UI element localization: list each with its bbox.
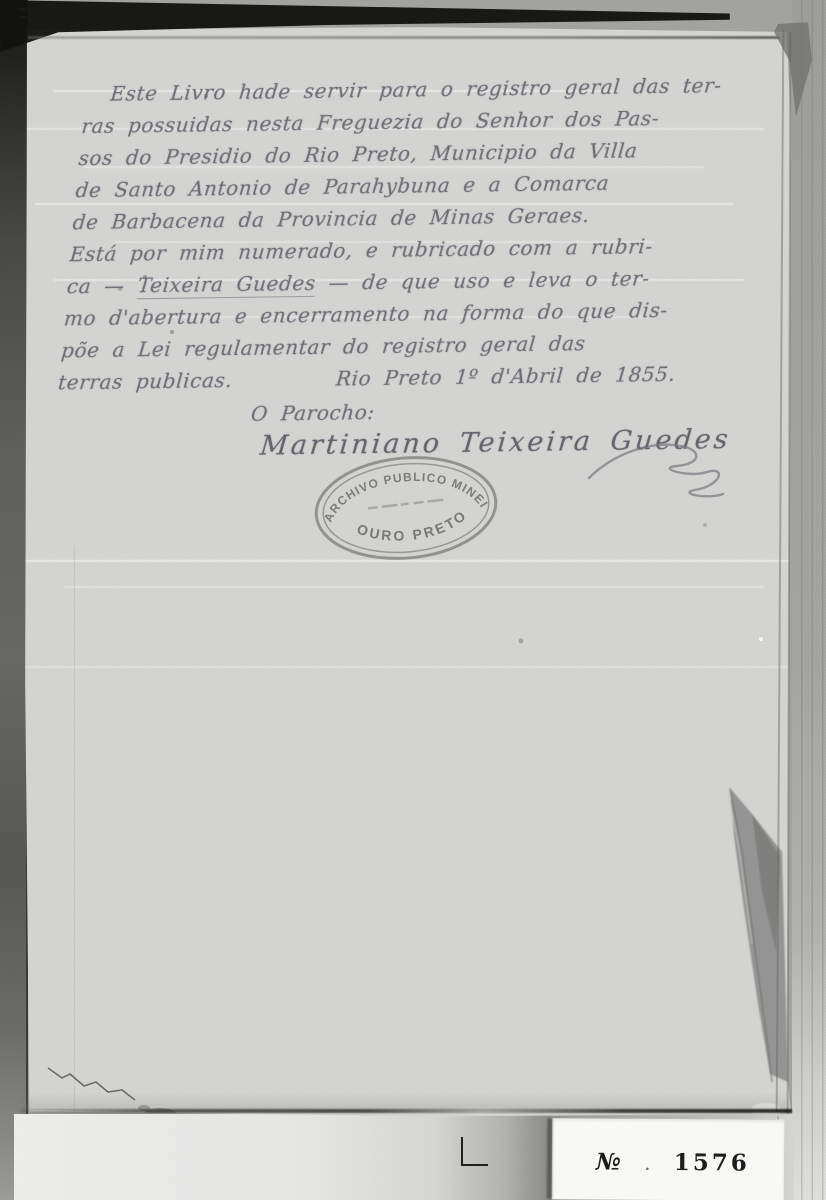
archive-stamp: ARCHIVO PUBLICO MINEIRO OURO PRETO — [306, 448, 506, 568]
manuscript-page: Este Livro hade servir para o registro g… — [24, 26, 792, 1118]
catalog-number-label: № . 1576 — [552, 1118, 785, 1200]
scan-streak — [24, 666, 792, 668]
page-top-edge — [28, 36, 780, 39]
catalog-number: 1576 — [674, 1149, 750, 1177]
page-bottom-shadow — [22, 1092, 792, 1110]
manuscript-line-part: — de que uso e leva o ter- — [315, 266, 651, 295]
faint-margin-line — [74, 546, 75, 1112]
page-tear — [700, 752, 800, 1122]
numero-sign: № — [596, 1148, 621, 1175]
handwriting-block: Este Livro hade servir para o registro g… — [51, 68, 776, 466]
crop-corner-mark — [461, 1137, 488, 1166]
catalog-number-row: № . 1576 — [552, 1118, 784, 1177]
manuscript-line-part: ca — — [66, 273, 139, 298]
scan-streak — [64, 586, 764, 588]
scanned-document: Este Livro hade servir para o registro g… — [0, 0, 826, 1200]
page-edges-right — [792, 0, 826, 1200]
signature-flourish — [585, 434, 745, 524]
separator-dot: . — [645, 1158, 650, 1174]
page-bottom-edge — [20, 1109, 792, 1113]
book-binding-edge — [0, 0, 28, 1200]
rubrica-name: Teixeira Guedes — [137, 271, 317, 300]
